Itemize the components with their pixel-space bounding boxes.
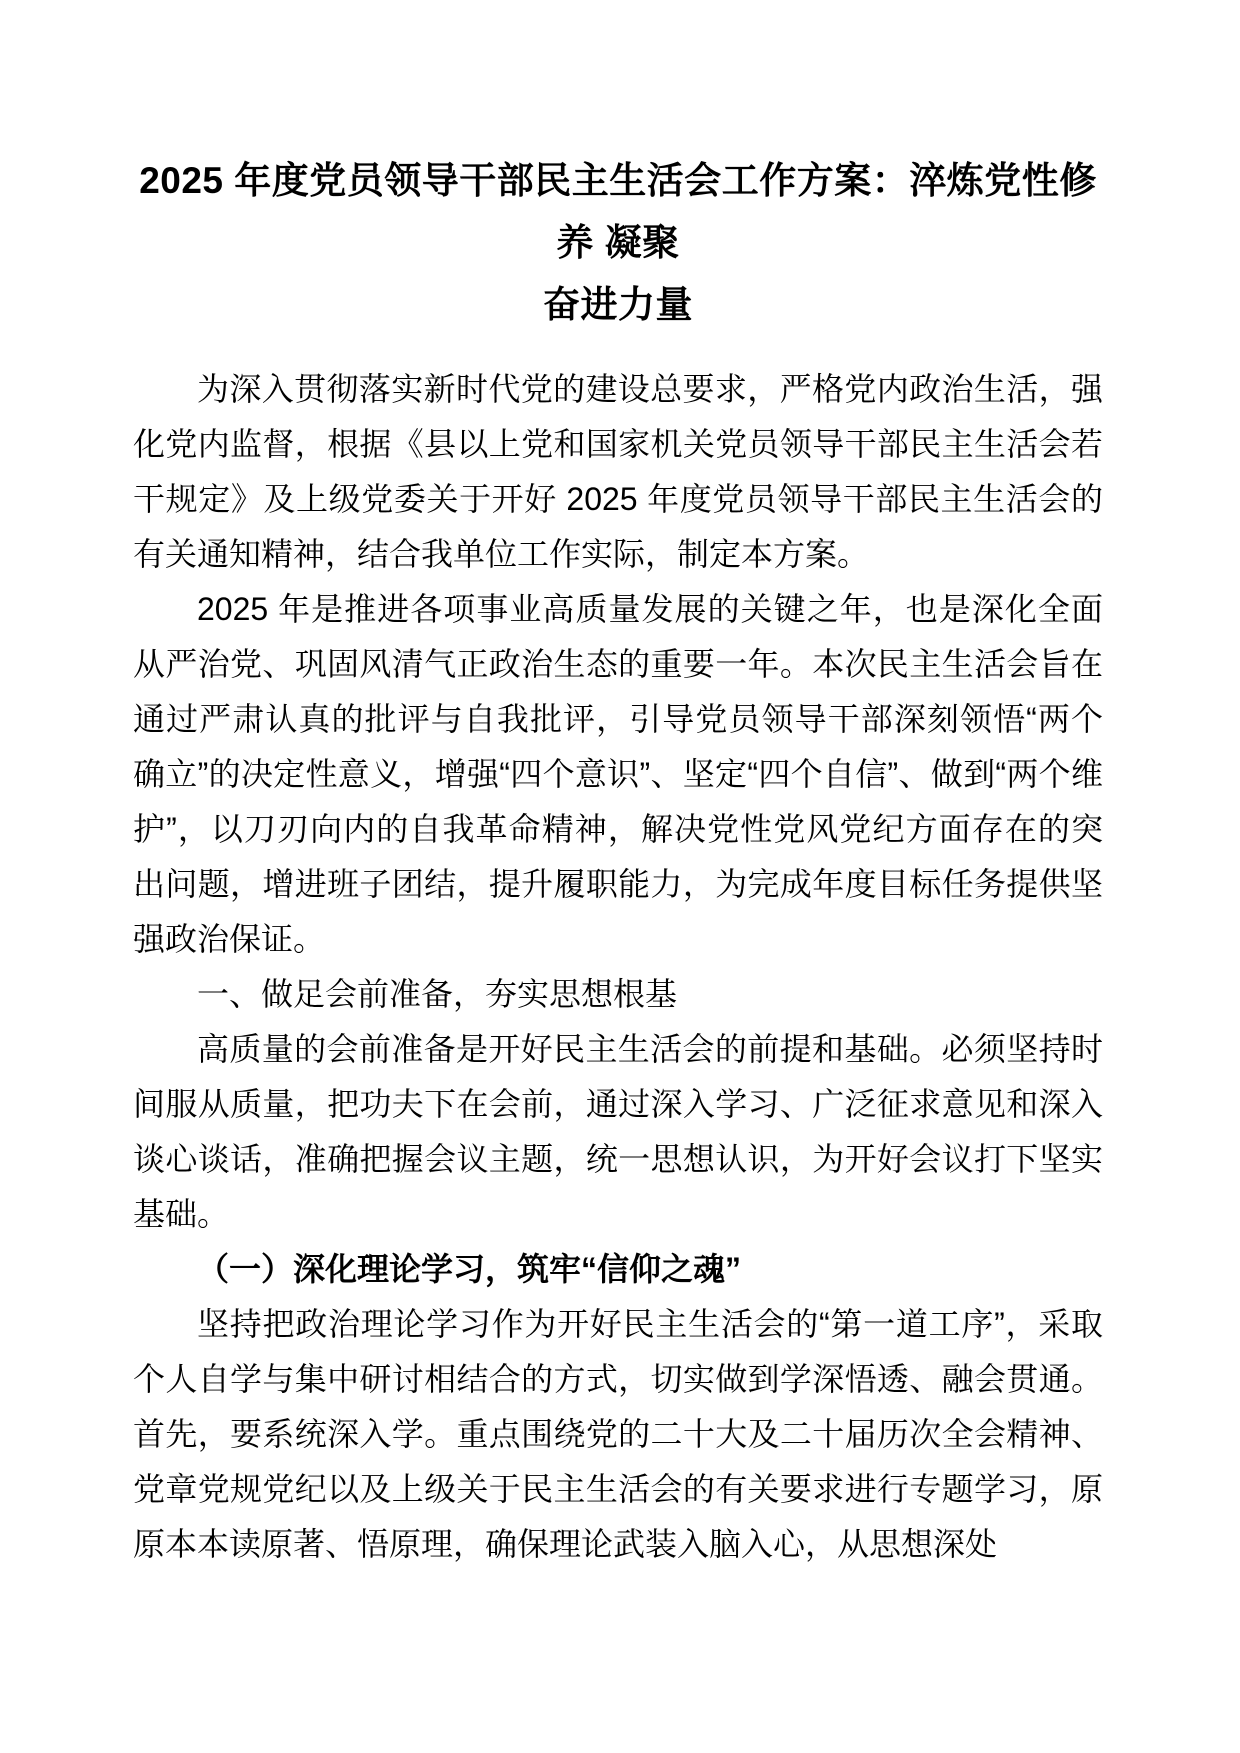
paragraph: 2025 年是推进各项事业高质量发展的关键之年，也是深化全面从严治党、巩固风清气… [133,582,1103,967]
section-heading: 一、做足会前准备，夯实思想根基 [133,967,1103,1022]
document-title: 2025 年度党员领导干部民主生活会工作方案：淬炼党性修养 凝聚 奋进力量 [133,150,1103,336]
document-page: 2025 年度党员领导干部民主生活会工作方案：淬炼党性修养 凝聚 奋进力量 为深… [0,0,1240,1753]
subsection-heading: （一）深化理论学习，筑牢“信仰之魂” [133,1242,1103,1297]
document-body: 为深入贯彻落实新时代党的建设总要求，严格党内政治生活，强化党内监督，根据《县以上… [133,362,1103,1572]
paragraph: 高质量的会前准备是开好民主生活会的前提和基础。必须坚持时间服从质量，把功夫下在会… [133,1022,1103,1242]
paragraph: 为深入贯彻落实新时代党的建设总要求，严格党内政治生活，强化党内监督，根据《县以上… [133,362,1103,582]
paragraph: 坚持把政治理论学习作为开好民主生活会的“第一道工序”，采取个人自学与集中研讨相结… [133,1297,1103,1572]
document-title-line-1: 2025 年度党员领导干部民主生活会工作方案：淬炼党性修养 凝聚 [133,150,1103,274]
document-title-line-2: 奋进力量 [133,274,1103,336]
